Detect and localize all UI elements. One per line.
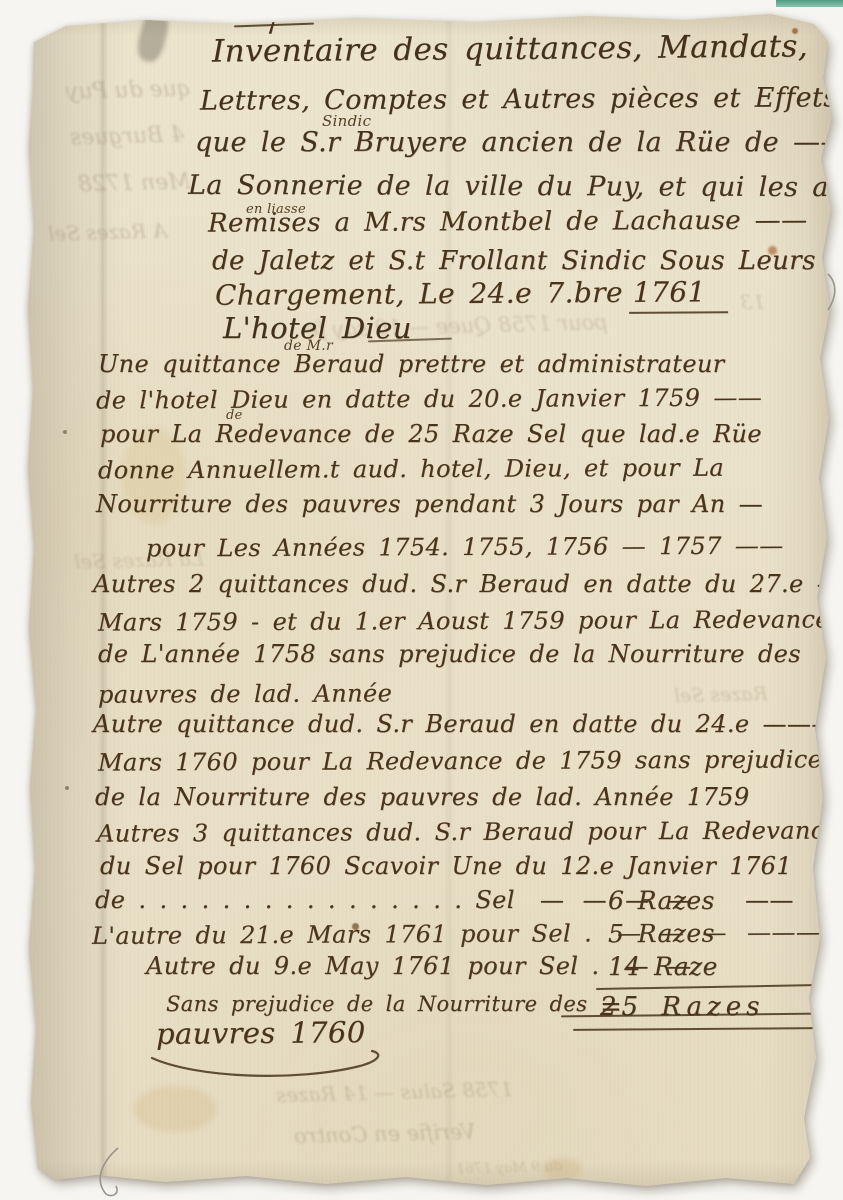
chargement-text: Chargement, Le 24.e 7.bre: [215, 276, 623, 312]
total-amount: 25 Razes: [600, 992, 764, 1022]
bleedthrough-text: 13: [740, 290, 766, 315]
paper-thread: [84, 1146, 130, 1198]
manuscript-line: Autres 3 quittances dud. S.r Beraud pour…: [97, 816, 839, 847]
ledger-label: L'autre du 21.e Mars 1761 pour Sel .: [92, 919, 592, 950]
title-line: La Sonnerie de la ville du Puy, et qui l…: [188, 170, 829, 203]
ledger-label: Autre du 9.e May 1761 pour Sel .: [146, 952, 599, 980]
ledger-label: de . . . . . . . . . . . . . . . . Sel: [95, 886, 515, 914]
manuscript-line: de la Nourriture des pauvres de lad. Ann…: [95, 783, 750, 811]
title-line: Lettres, Comptes et Autres pièces et Eff…: [200, 82, 838, 116]
manuscript-line: pour Les Années 1754. 1755, 1756 — 1757 …: [146, 532, 784, 563]
scanner-edge-strip: [776, 0, 843, 7]
paper-sheet-wrap: que du Puy 4 Burgues Men 1728 A Razes Se…: [26, 8, 838, 1196]
flourish-underline: [146, 1048, 396, 1082]
bleedthrough-text: Razes Sel: [674, 683, 768, 707]
manuscript-line: Autres 2 quittances dud. S.r Beraud en d…: [93, 570, 843, 598]
manuscript-line: pauvres de lad. Année: [98, 679, 392, 708]
title-line: que le S.r Bruyere ancien de la Rüe de —…: [195, 127, 843, 158]
title-line: Inventaire des quittances, Mandats,: [212, 28, 808, 69]
total-underline: [573, 1027, 816, 1031]
bleedthrough-text: Men 1728: [78, 170, 191, 198]
manuscript-line: pour La Redevance de 25 Raze Sel que lad…: [100, 420, 762, 448]
total-label: Sans prejudice de la Nourriture des: [166, 992, 587, 1016]
edge-fiber: [824, 272, 842, 312]
ledger-amount: 14 Raze: [608, 952, 718, 981]
ledger-row: de . . . . . . . . . . . . . . . . Sel —…: [95, 886, 835, 914]
corner-smudge: [134, 8, 172, 65]
yellow-stain: [134, 1086, 216, 1132]
manuscript-line: Nourriture des pauvres pendant 3 Jours p…: [96, 490, 763, 518]
chargement-year-underlined: 1761: [629, 275, 728, 314]
manuscript-line: donne Annuellem.t aud. hotel, Dieu, et p…: [98, 454, 724, 485]
margin-dot: [65, 786, 69, 790]
closing-line: pauvres 1760: [156, 1015, 366, 1051]
bleedthrough-text: du 9 May 1761: [456, 1159, 563, 1178]
sum-rule: [596, 984, 821, 990]
scanned-manuscript: que du Puy 4 Burgues Men 1728 A Razes Se…: [0, 0, 843, 1200]
manuscript-line: Une quittance Beraud prettre et administ…: [98, 350, 725, 378]
filler-dash: ——: [745, 886, 794, 914]
bleedthrough-text: que du Puy: [66, 76, 192, 104]
bleedthrough-text: 4 Burgues: [70, 123, 185, 151]
chargement-date-line: Chargement, Le 24.e 7.bre1761: [215, 275, 728, 312]
filler-dash: ———: [747, 918, 820, 946]
manuscript-line: Mars 1760 pour La Redevance de 1759 sans…: [98, 745, 822, 776]
ledger-row: L'autre du 21.e Mars 1761 pour Sel . — —…: [92, 918, 832, 950]
total-row: Sans prejudice de la Nourriture des = 25…: [166, 992, 843, 1016]
manuscript-line: Mars 1759 - et du 1.er Aoust 1759 pour L…: [98, 605, 830, 636]
ledger-row: Autre du 9.e May 1761 pour Sel . — — 14 …: [146, 952, 843, 980]
manuscript-line: de L'année 1758 sans prejudice de la Nou…: [98, 640, 801, 668]
jaletz-line: de Jaletz et S.t Frollant Sindic Sous Le…: [212, 246, 843, 276]
margin-dot: [63, 430, 67, 434]
bleedthrough-text: Verifie en Contro: [294, 1120, 476, 1149]
ledger-amount: 5 Razes: [608, 919, 715, 949]
manuscript-line: Autre quittance dud. S.r Beraud en datte…: [93, 710, 836, 738]
manuscript-line: de l'hotel Dieu en datte du 20.e Janvier…: [96, 384, 762, 415]
bleedthrough-text: A Razes Sel: [48, 218, 168, 245]
remises-line: Remises a M.rs Montbel de Lachause ——: [208, 205, 808, 238]
ledger-amount: 6 Razes: [608, 886, 715, 915]
manuscript-line: du Sel pour 1760 Scavoir Une du 12.e Jan…: [100, 852, 792, 880]
document-page: que du Puy 4 Burgues Men 1728 A Razes Se…: [26, 8, 838, 1196]
